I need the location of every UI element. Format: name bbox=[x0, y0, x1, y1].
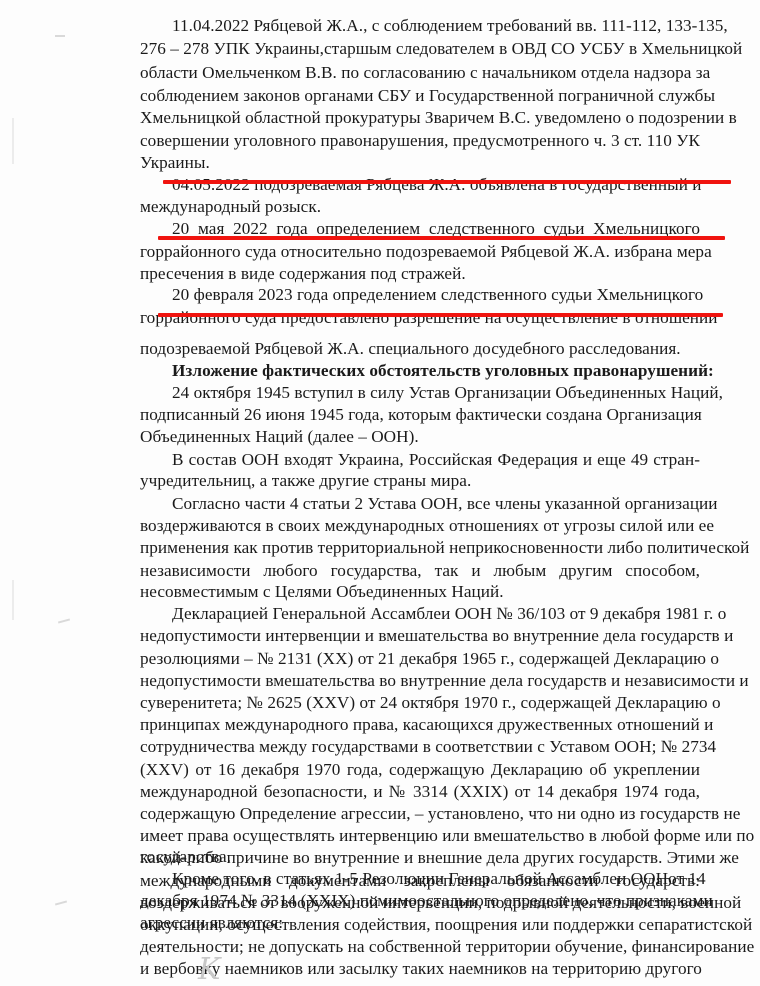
text-line: декабря 1974 № 3314 (XXIX) помимоостальн… bbox=[140, 890, 700, 912]
text-line: совершении уголовного правонарушения, пр… bbox=[140, 130, 700, 152]
text-line: горрайонного суда относительно подозрева… bbox=[140, 241, 700, 263]
text-line: 276 – 278 УПК Украины,старшым следовател… bbox=[140, 38, 700, 60]
text-line: 20 февраля 2023 года определением следст… bbox=[172, 284, 700, 306]
text-line: 11.04.2022 Рябцевой Ж.А., с соблюдением … bbox=[172, 15, 700, 37]
red-underline-2 bbox=[158, 236, 725, 240]
text-line: независимости любого государства, так и … bbox=[140, 560, 700, 582]
document-page: 11.04.2022 Рябцевой Ж.А., с соблюдением … bbox=[0, 0, 760, 986]
text-line: Украины. bbox=[140, 152, 700, 174]
signature-mark: K bbox=[198, 952, 220, 986]
scan-artifact bbox=[12, 580, 14, 620]
text-line: Декларацией Генеральной Ассамблеи ООН № … bbox=[172, 603, 700, 625]
text-line: международной безопасности, и № 3314 (XX… bbox=[140, 781, 700, 803]
text-line: принципах международного права, касающих… bbox=[140, 714, 700, 736]
scan-artifact bbox=[58, 618, 70, 623]
text-line: недопустимости вмешательства во внутренн… bbox=[140, 670, 700, 692]
text-line: подписанный 26 июня 1945 года, которым ф… bbox=[140, 404, 700, 426]
text-line: пресечения в виде содержания под стражей… bbox=[140, 263, 700, 285]
text-line: государства. bbox=[140, 846, 700, 868]
text-line: (XXV) от 16 декабря 1970 года, содержащу… bbox=[140, 759, 700, 781]
text-line: области Омельченком В.В. по согласованию… bbox=[140, 62, 700, 84]
text-line: несовместимым с Целями Объединенных Наци… bbox=[140, 581, 700, 603]
text-line: Кроме того, в статьях 1-5 Резолюции Гене… bbox=[172, 868, 700, 890]
scan-artifact bbox=[55, 35, 65, 37]
text-line: резолюциями – № 2131 (XX) от 21 декабря … bbox=[140, 648, 700, 670]
text-line: учредительниц, а также другие страны мир… bbox=[140, 470, 700, 492]
text-line: сотрудничества между государствами в соо… bbox=[140, 736, 700, 758]
scan-artifact bbox=[55, 900, 67, 905]
text-line: суверенитета; № 2625 (XXV) от 24 октября… bbox=[140, 692, 700, 714]
text-line: содержащую Определение агрессии, – устан… bbox=[140, 803, 700, 825]
text-line: недопустимости интервенции и вмешательст… bbox=[140, 625, 700, 647]
text-line: 04.05.2022 подозреваемая Рябцева Ж.А. об… bbox=[172, 174, 700, 196]
text-line: соблюдением законов органами СБУ и Госуд… bbox=[140, 85, 700, 107]
text-line: международный розыск. bbox=[140, 196, 700, 218]
text-line: агрессии являются: bbox=[140, 912, 700, 934]
text-line: 24 октября 1945 вступил в силу Устав Орг… bbox=[172, 382, 700, 404]
text-line: применения как против территориальной не… bbox=[140, 537, 700, 559]
text-line: горрайонного суда предоставлено разрешен… bbox=[140, 307, 700, 329]
text-line: В состав ООН входят Украина, Российская … bbox=[172, 449, 700, 471]
text-line: и вербовку наемников или засылку таких н… bbox=[140, 958, 700, 980]
text-line: воздерживаются в своих международных отн… bbox=[140, 515, 700, 537]
text-line: Согласно части 4 статьи 2 Устава ООН, вс… bbox=[172, 493, 700, 515]
text-line: деятельности; не допускать на собственно… bbox=[140, 936, 700, 958]
text-line: Объединенных Наций (далее – ООН). bbox=[140, 426, 700, 448]
scan-artifact bbox=[12, 118, 14, 164]
red-underline-1 bbox=[163, 180, 731, 184]
text-line: имеет права осуществлять интервенцию или… bbox=[140, 825, 700, 847]
text-line: подозреваемой Рябцевой Ж.А. специального… bbox=[140, 338, 700, 360]
text-line: Хмельницкой областной прокуратуры Зварич… bbox=[140, 107, 700, 129]
section-heading: Изложение фактических обстоятельств угол… bbox=[172, 360, 717, 382]
red-underline-3 bbox=[158, 313, 723, 317]
